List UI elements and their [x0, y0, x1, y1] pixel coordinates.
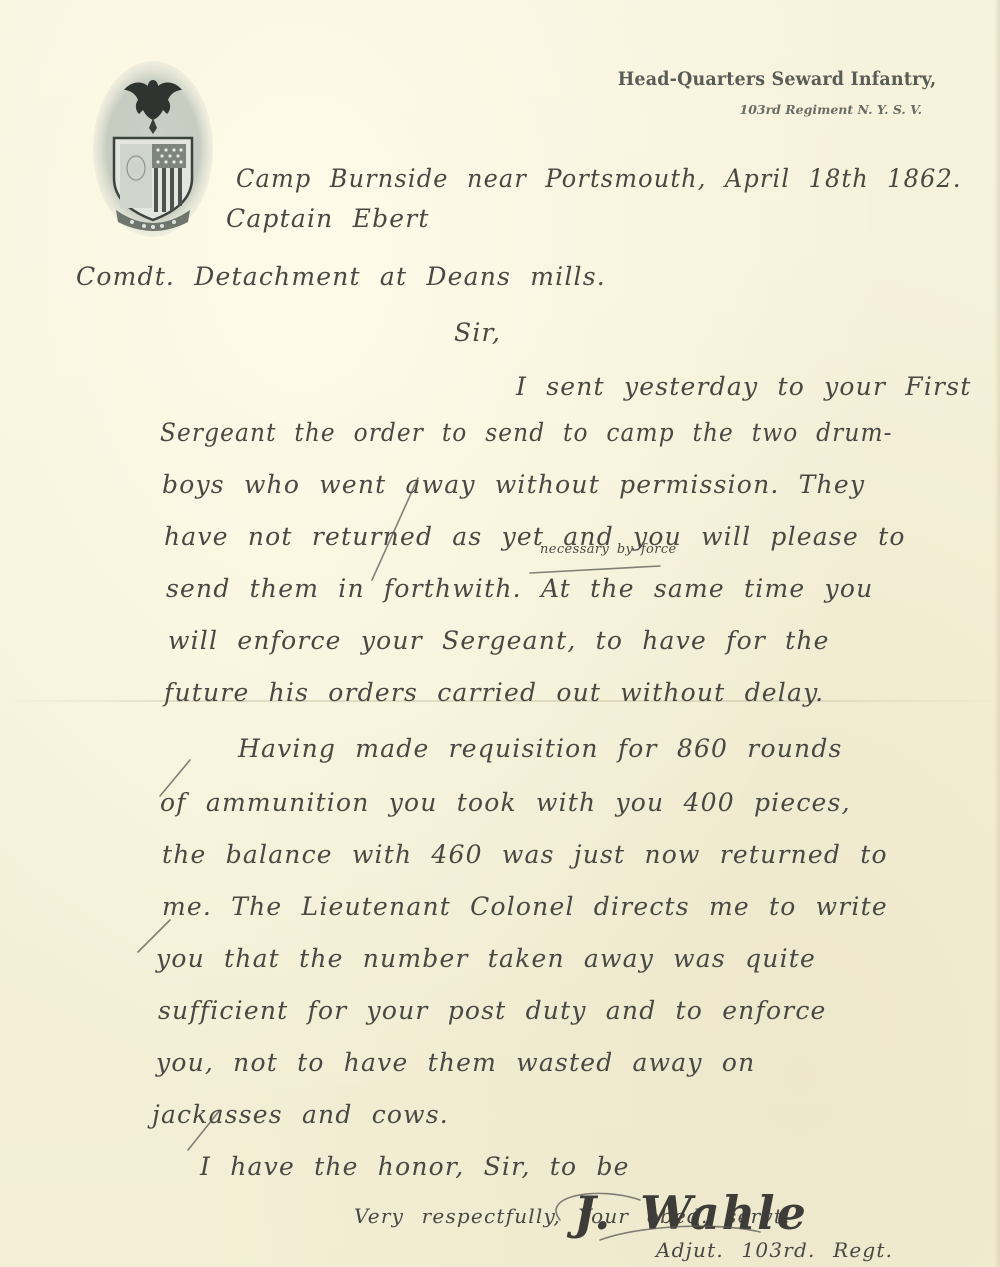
body-line: jackasses and cows.: [152, 1100, 449, 1129]
body-line: me. The Lieutenant Colonel directs me to…: [162, 892, 888, 921]
body-line: send them in forthwith. At the same time…: [166, 574, 873, 603]
signature-title: Adjut. 103rd. Regt.: [656, 1238, 893, 1262]
signature-name: J. Wahle: [574, 1186, 808, 1240]
recipient-name: Captain Ebert: [226, 204, 430, 233]
place-date-line: Camp Burnside near Portsmouth, April 18t…: [236, 164, 962, 193]
paper-edge: [994, 0, 1000, 1267]
body-line: sufficient for your post duty and to enf…: [158, 996, 827, 1025]
letterhead-subtitle: 103rd Regiment N. Y. S. V.: [556, 102, 936, 117]
letterhead: Head-Quarters Seward Infantry, 103rd Reg…: [556, 68, 936, 117]
eagle-shield-crest-icon: [92, 60, 214, 238]
body-line: have not returned as yet and you will pl…: [164, 522, 906, 551]
letterhead-title: Head-Quarters Seward Infantry,: [617, 68, 936, 90]
body-line: Sergeant the order to send to camp the t…: [160, 418, 893, 447]
body-line: will enforce your Sergeant, to have for …: [168, 626, 830, 655]
interlinear-insertion: necessary by force: [540, 542, 677, 557]
body-line: I sent yesterday to your First: [516, 372, 971, 401]
salutation: Sir,: [454, 318, 501, 347]
body-line: the balance with 460 was just now return…: [162, 840, 888, 869]
body-line: of ammunition you took with you 400 piec…: [160, 788, 851, 817]
closing-line: I have the honor, Sir, to be: [200, 1152, 630, 1181]
recipient-title: Comdt. Detachment at Deans mills.: [76, 262, 606, 291]
letter-page: Head-Quarters Seward Infantry, 103rd Reg…: [0, 0, 1000, 1267]
body-line: future his orders carried out without de…: [164, 678, 824, 707]
body-line: Having made requisition for 860 rounds: [238, 734, 843, 763]
body-line: boys who went away without permission. T…: [162, 470, 865, 499]
body-line: you that the number taken away was quite: [156, 944, 816, 973]
body-line: you, not to have them wasted away on: [156, 1048, 755, 1077]
